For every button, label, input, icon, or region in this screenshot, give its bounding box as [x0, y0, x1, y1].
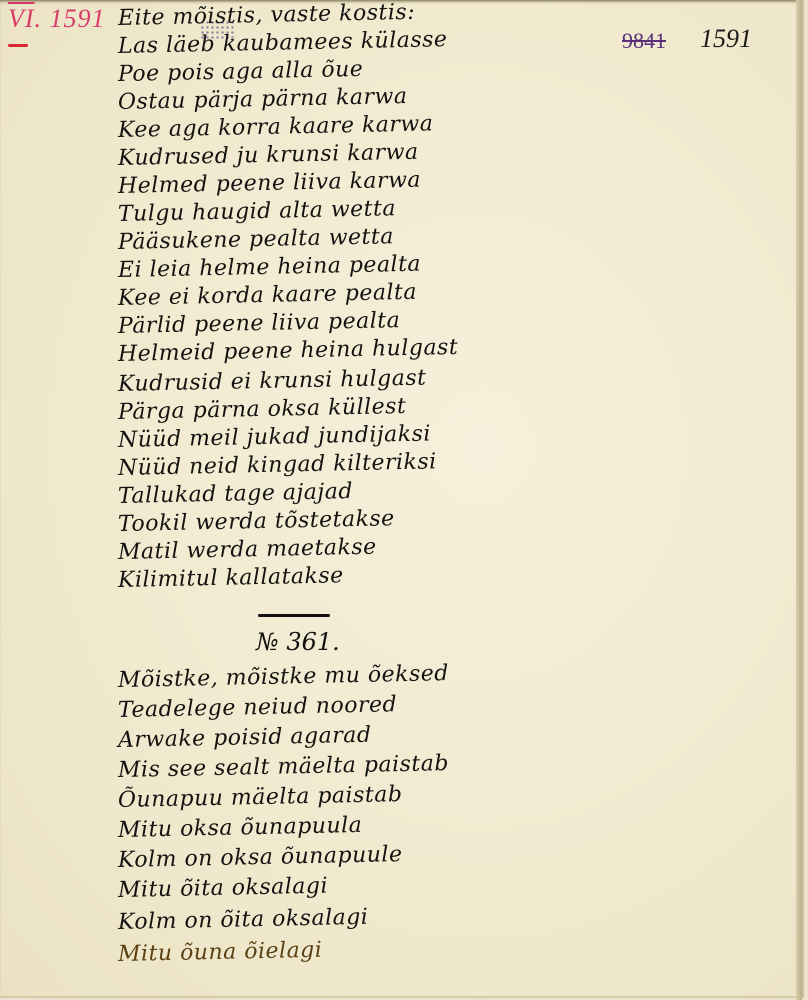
verse-line: Kolm on õita oksalagi	[118, 905, 369, 935]
manuscript-page: VI. 1591 9841 1591 Eite mõistis, vaste k…	[0, 0, 804, 998]
verse-line: Kolm on oksa õunapuule	[118, 842, 403, 873]
verse-line: Tallukad tage ajajad	[118, 479, 353, 509]
verse-line: Mitu oksa õunapuula	[118, 813, 363, 843]
verse-line: Pärga pärna oksa küllest	[118, 394, 407, 425]
verse-line: Kudrused ju krunsi karwa	[118, 140, 419, 171]
verse-line: Mis see sealt mäelta paistab	[118, 751, 449, 783]
archive-page-number: . 1591	[35, 4, 106, 33]
verse-line: Eite mõistis, vaste kostis:	[118, 0, 416, 31]
page-edge	[796, 0, 802, 1000]
verse-line: Arwake poisid agarad	[118, 723, 372, 753]
verse-line: Kee ei korda kaare pealta	[118, 280, 417, 311]
verse-line: Las läeb kaubamees külasse	[118, 27, 448, 59]
verse-line: Nüüd meil jukad jundijaksi	[118, 421, 431, 453]
verse-line: Poe pois aga alla õue	[118, 57, 364, 87]
verse-line: Kilimitul kallatakse	[118, 563, 344, 593]
verse-line: Nüüd neid kingad kilteriksi	[118, 449, 437, 481]
verse-line: Helmeid peene heina hulgast	[118, 335, 459, 367]
verse-line: Matil werda maetakse	[118, 535, 377, 565]
verse-line: Ostau pärja pärna karwa	[118, 84, 408, 115]
struck-old-number: 9841	[622, 28, 666, 54]
verse-line: Ei leia helme heina pealta	[118, 252, 422, 283]
archive-volume-roman: VI	[8, 4, 35, 33]
verse-line: Tulgu haugid alta wetta	[118, 196, 396, 227]
verse-line: Kee aga korra kaare karwa	[118, 111, 434, 143]
archive-reference-mark: VI. 1591	[8, 4, 106, 34]
verse-line: Mõistke, mõistke mu õeksed	[118, 661, 449, 693]
archive-mark-underline	[8, 44, 28, 47]
verse-line: Õunapuu mäelta paistab	[118, 782, 403, 813]
verse-line: Kudrusid ei krunsi hulgast	[118, 366, 427, 397]
verse-line: Mitu õuna õielagi	[118, 938, 323, 967]
section-divider	[258, 614, 330, 617]
page-number: 1591	[700, 24, 752, 54]
verse-line: Pärlid peene liiva pealta	[118, 308, 401, 339]
verse-line: Tookil werda tõstetakse	[118, 506, 395, 537]
song-number-heading: № 361.	[256, 628, 340, 656]
verse-line: Helmed peene liiva karwa	[118, 168, 422, 199]
verse-line: Pääsukene pealta wetta	[118, 224, 394, 255]
verse-line: Teadelege neiud noored	[118, 692, 398, 723]
verse-line: Mitu õita oksalagi	[118, 874, 329, 903]
